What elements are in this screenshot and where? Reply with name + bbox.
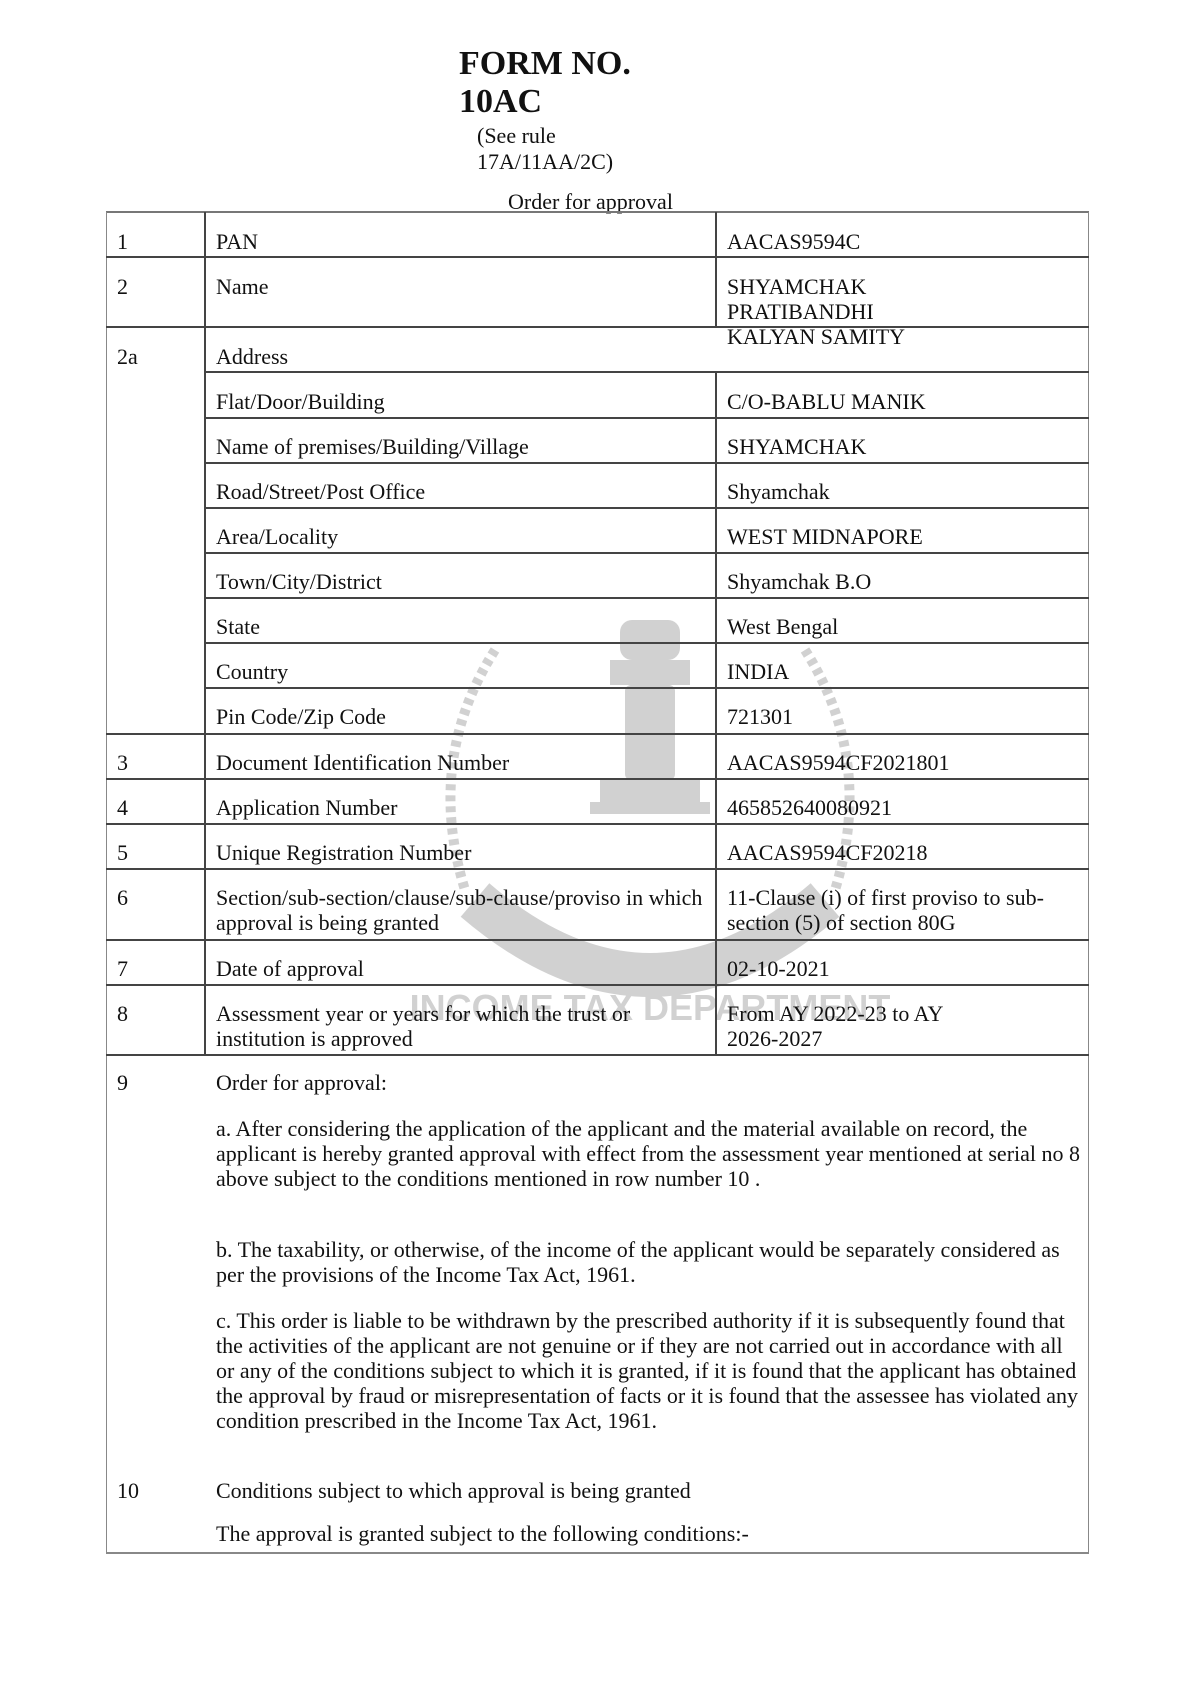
row-value: Shyamchak B.O: [727, 569, 1082, 594]
row-label: Name of premises/Building/Village: [216, 434, 711, 459]
row-number: 7: [117, 956, 128, 981]
row-label: Unique Registration Number: [216, 840, 711, 865]
row-value: C/O-BABLU MANIK: [727, 389, 1082, 414]
row-value: INDIA: [727, 659, 1082, 684]
row-value: From AY 2022-23 to AY 2026-2027: [727, 1001, 987, 1051]
order-paragraph-b: b. The taxability, or otherwise, of the …: [216, 1237, 1082, 1287]
section-heading: Order for approval:: [216, 1070, 1082, 1095]
row-label: Application Number: [216, 795, 711, 820]
section-number: 9: [117, 1070, 128, 1095]
row-value: 11-Clause (i) of first proviso to sub-se…: [727, 885, 1082, 935]
row-number: 2: [117, 274, 128, 299]
conditions-intro: The approval is granted subject to the f…: [216, 1521, 1082, 1546]
row-label: State: [216, 614, 711, 639]
row-value: AACAS9594CF20218: [727, 840, 1082, 865]
row-label: Flat/Door/Building: [216, 389, 711, 414]
section-number: 10: [117, 1478, 139, 1503]
row-value: 02-10-2021: [727, 956, 1082, 981]
row-label: Road/Street/Post Office: [216, 479, 711, 504]
row-label: Pin Code/Zip Code: [216, 704, 711, 729]
row-label: Date of approval: [216, 956, 711, 981]
row-value: SHYAMCHAK: [727, 434, 1082, 459]
row-number: 2a: [117, 344, 138, 369]
row-value: 465852640080921: [727, 795, 1082, 820]
row-label: PAN: [216, 229, 711, 254]
row-label: Document Identification Number: [216, 750, 711, 775]
row-label: Name: [216, 274, 711, 299]
rule-reference: (See rule 17A/11AA/2C): [477, 123, 657, 175]
row-value: West Bengal: [727, 614, 1082, 639]
form-title: FORM NO. 10AC: [459, 45, 679, 121]
order-paragraph-c: c. This order is liable to be withdrawn …: [216, 1308, 1082, 1433]
row-label: Area/Locality: [216, 524, 711, 549]
row-value: SHYAMCHAK PRATIBANDHI KALYAN SAMITY: [727, 274, 927, 349]
row-value: Shyamchak: [727, 479, 1082, 504]
order-paragraph-a: a. After considering the application of …: [216, 1116, 1082, 1191]
row-number: 3: [117, 750, 128, 775]
row-label: Address: [216, 344, 711, 369]
row-label: Assessment year or years for which the t…: [216, 1001, 711, 1051]
row-label: Town/City/District: [216, 569, 711, 594]
row-value: AACAS9594CF2021801: [727, 750, 1082, 775]
row-value: WEST MIDNAPORE: [727, 524, 1082, 549]
emblem-icon: INCOME TAX DEPARTMENT: [405, 580, 895, 1060]
row-number: 6: [117, 885, 128, 910]
row-number: 8: [117, 1001, 128, 1026]
row-label: Section/sub-section/clause/sub-clause/pr…: [216, 885, 711, 935]
section-heading: Conditions subject to which approval is …: [216, 1478, 1082, 1503]
row-number: 4: [117, 795, 128, 820]
row-value: 721301: [727, 704, 1082, 729]
row-number: 5: [117, 840, 128, 865]
row-label: Country: [216, 659, 711, 684]
row-number: 1: [117, 229, 128, 254]
row-value: AACAS9594C: [727, 229, 1082, 254]
